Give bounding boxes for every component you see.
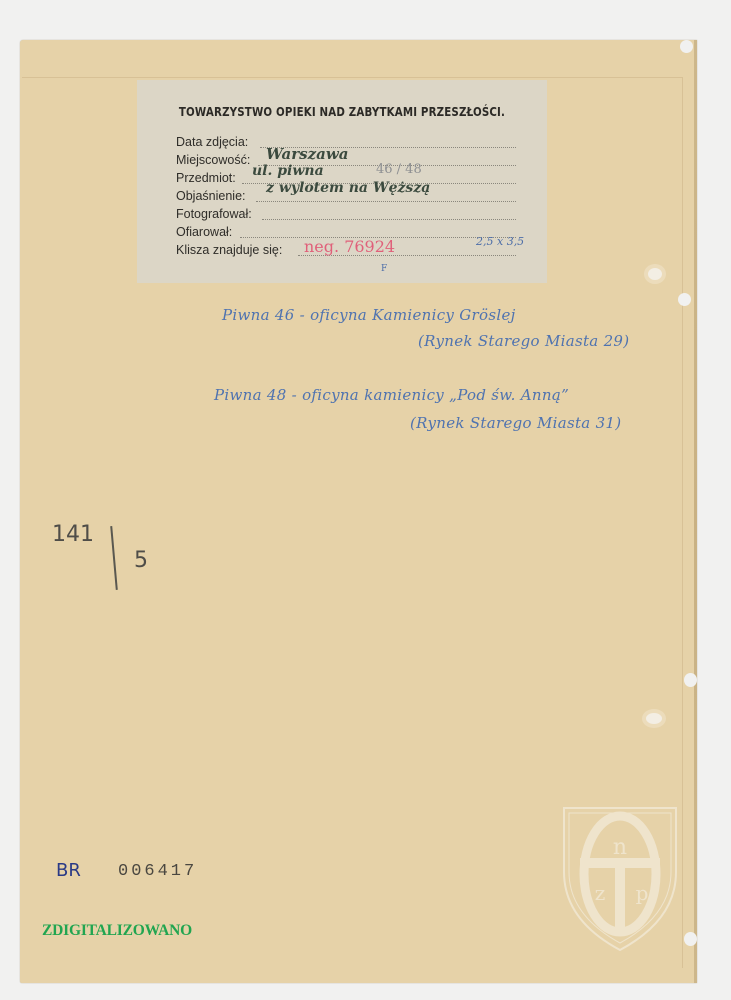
society-emblem-watermark: n z p — [560, 802, 680, 952]
field-label: Data zdjęcia: — [176, 135, 248, 149]
label-mark: F — [381, 264, 387, 274]
torn-hole-upper — [648, 268, 662, 280]
field-value: z wylotem na Węższą — [266, 180, 430, 196]
svg-text:p: p — [636, 881, 649, 905]
note-line-1: Piwna 46 - oficyna Kamienicy Gröslej — [222, 306, 516, 324]
label-title: TOWARZYSTWO OPIEKI NAD ZABYTKAMI PRZESZŁ… — [174, 104, 510, 119]
negative-number: neg. 76924 — [304, 237, 395, 256]
field-label: Klisza znajduje się: — [176, 243, 282, 257]
photo-catalog-label: TOWARZYSTWO OPIEKI NAD ZABYTKAMI PRZESZŁ… — [137, 80, 547, 283]
punch-hole-upper — [678, 293, 691, 306]
field-label: Objaśnienie: — [176, 189, 246, 203]
punch-hole-bottom — [684, 932, 697, 946]
note-line-2: (Rynek Starego Miasta 29) — [418, 332, 629, 350]
torn-hole-middle — [646, 713, 662, 724]
field-label: Ofiarował: — [176, 225, 232, 239]
svg-text:z: z — [595, 881, 606, 905]
inventory-number: 006417 — [118, 862, 197, 881]
field-photographer: Fotografował: — [176, 207, 516, 225]
field-description: Objaśnienie: z wylotem na Węższą — [176, 189, 516, 207]
field-label: Miejscowość: — [176, 153, 250, 167]
field-value: ul. piwna — [252, 163, 324, 179]
pencil-inventory-suffix: 5 — [134, 548, 148, 573]
pencil-inventory-mark: 141 — [52, 522, 94, 547]
field-label: Przedmiot: — [176, 171, 236, 185]
note-line-3: Piwna 48 - oficyna kamienicy „Pod św. An… — [214, 386, 569, 404]
field-label: Fotografował: — [176, 207, 252, 221]
field-negative: Klisza znajduje się: neg. 76924 2,5 x 3,… — [176, 243, 516, 261]
punch-hole-middle — [684, 673, 697, 687]
br-mark: BR — [56, 860, 81, 881]
digitized-stamp: ZDIGITALIZOWANO — [42, 922, 192, 940]
field-value: Warszawa — [266, 145, 348, 163]
field-extra: 46 / 48 — [376, 162, 422, 177]
field-place: Miejscowość: Warszawa — [176, 153, 516, 171]
svg-text:n: n — [613, 835, 627, 860]
punch-hole-top — [680, 40, 693, 53]
negative-size: 2,5 x 3,5 — [476, 235, 524, 248]
note-line-4: (Rynek Starego Miasta 31) — [410, 414, 621, 432]
